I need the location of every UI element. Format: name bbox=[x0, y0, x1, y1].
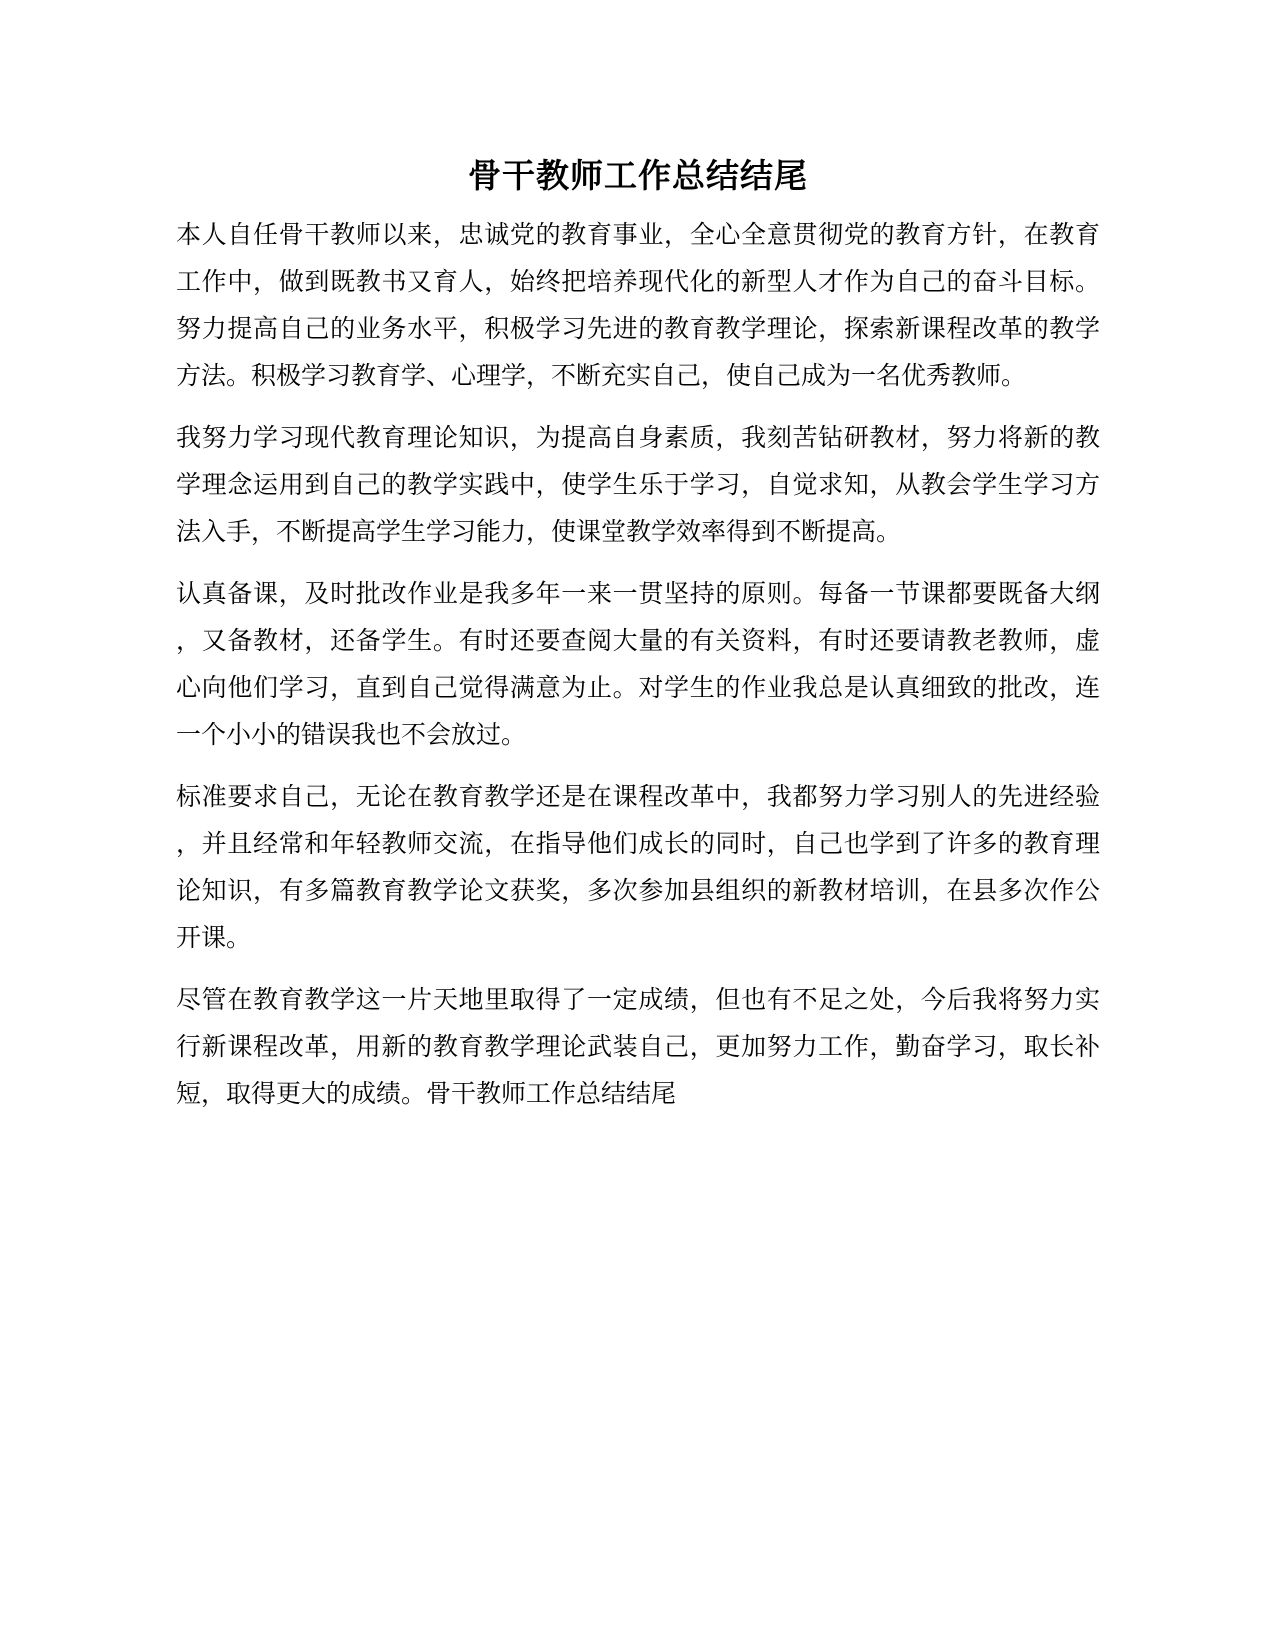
paragraph-3: 认真备课，及时批改作业是我多年一来一贯坚持的原则。每备一节课都要既备大纲，又备教… bbox=[176, 571, 1100, 759]
paragraph-4: 标准要求自己，无论在教育教学还是在课程改革中，我都努力学习别人的先进经验，并且经… bbox=[176, 774, 1100, 962]
document-title: 骨干教师工作总结结尾 bbox=[176, 152, 1100, 202]
document-page: 骨干教师工作总结结尾 本人自任骨干教师以来，忠诚党的教育事业，全心全意贯彻党的教… bbox=[0, 0, 1275, 1650]
paragraph-5: 尽管在教育教学这一片天地里取得了一定成绩，但也有不足之处，今后我将努力实行新课程… bbox=[176, 977, 1100, 1118]
paragraph-2: 我努力学习现代教育理论知识，为提高自身素质，我刻苦钻研教材，努力将新的教学理念运… bbox=[176, 415, 1100, 556]
paragraph-1: 本人自任骨干教师以来，忠诚党的教育事业，全心全意贯彻党的教育方针，在教育工作中，… bbox=[176, 212, 1100, 400]
